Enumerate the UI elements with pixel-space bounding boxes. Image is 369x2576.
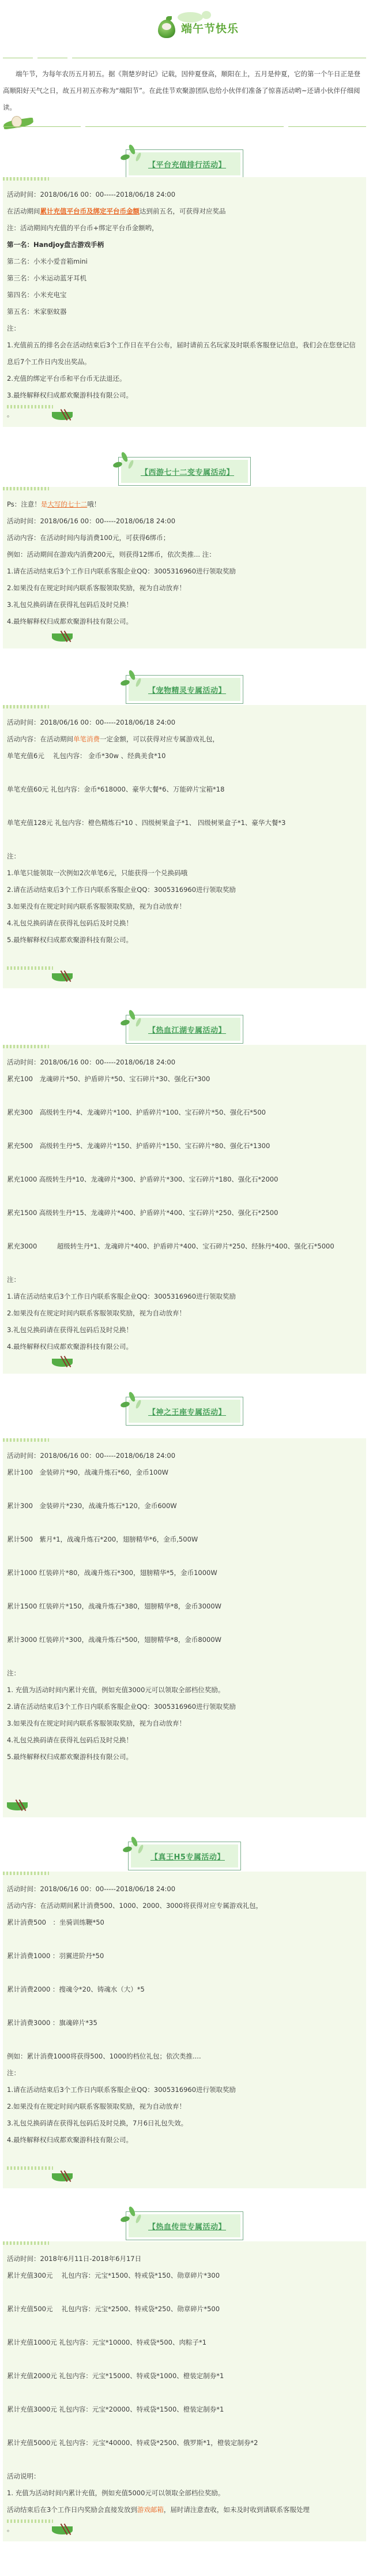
note-item: 1.请在活动结束后3个工作日内联系客服企业QQ：3005316960进行领取奖励 <box>7 563 362 580</box>
game-mailbox-link[interactable]: 游戏邮箱 <box>137 2506 164 2514</box>
tier-item: 累计1500 红装碎片*150，战魂升炼石*380，翅膀精华*8，金币3000W <box>7 1598 362 1615</box>
note-item: 3.最终解释权归成都欢聚游科技有限公司。 <box>7 387 362 404</box>
ps-note: Ps：注意！是大写的七十二哦！ <box>7 496 362 513</box>
squiggle-decoration-icon <box>3 1045 49 1048</box>
notes-label: 注： <box>7 2065 362 2082</box>
tier-item: 累充1500 高级转生丹*15、龙魂碎片*400、护盾碎片*400、宝石碎片*2… <box>7 1205 362 1221</box>
leaves-decoration-icon <box>121 143 144 166</box>
squiggle-decoration-icon <box>3 2241 49 2245</box>
tier-item: 累计充值3000元 礼包内容：元宝*20000、特戒袋*1500、橙装定制券*1 <box>7 2401 362 2418</box>
note-item: 4.最终解释权归成都欢聚游科技有限公司。 <box>7 1338 362 1355</box>
notes-label: 活动说明： <box>7 2468 362 2485</box>
activity-description: 在活动期间累计充值平台币及绑定平台币金额达到前五名，可获得对应奖品 <box>7 203 362 220</box>
activity-example: 例如：累计消费1000将获得500、1000的档位礼包；依次类推.... <box>7 2048 362 2065</box>
tier-item: 单笔充值6元 礼包内容： 金币*30w 、经典美食*10 <box>7 748 362 764</box>
activity-time: 活动时间：2018/06/16 00：00-----2018/06/18 24:… <box>7 1448 362 1464</box>
leaves-decoration-icon <box>121 669 144 692</box>
notes-label: 注： <box>7 1665 362 1682</box>
section-title-link[interactable]: 【西游七十二变专属活动】 <box>141 466 232 477</box>
squiggle-decoration-icon <box>7 966 53 970</box>
header-logo: 端午节快乐 <box>157 15 239 40</box>
tier-item: 单笔充值60元 礼包内容：金币*618000、豪华大餐*6、万能碎片宝箱*18 <box>7 781 362 798</box>
tier-item: 累计1000 红装碎片*80，战魂升炼石*300，翅膀精华*5，金币1000W <box>7 1565 362 1581</box>
leaves-decoration-icon <box>121 2205 144 2228</box>
activity-time: 活动时间：2018/06/16 00：00-----2018/06/18 24:… <box>7 1054 362 1071</box>
section-header-rexue-jianghu: 【热血江湖专属活动】 <box>0 988 369 1045</box>
section-title-link[interactable]: 【真王H5专属活动】 <box>150 1851 222 1862</box>
squiggle-decoration-icon <box>3 177 49 181</box>
highlight-link[interactable]: 累计充值平台币及绑定平台币金额 <box>40 207 140 215</box>
dragon-boat-icon <box>52 2170 73 2183</box>
zongzi-mascot-icon <box>157 15 176 40</box>
dragon-boat-icon <box>52 630 73 643</box>
dragon-boat-icon <box>52 2523 73 2536</box>
page-title: 端午节快乐 <box>181 20 239 36</box>
section-panel-platform-ranking: 活动时间：2018/06/16 00：00-----2018/06/18 24:… <box>3 177 366 427</box>
tier-item: 累充3000 超级转生丹*1、龙魂碎片*400、护盾碎片*400、宝石碎片*25… <box>7 1238 362 1255</box>
squiggle-decoration-icon <box>3 705 49 708</box>
leaves-decoration-icon <box>121 1390 144 1413</box>
activity-content: 活动内容：在活动期间单笔消费一定金额，可以获得对应专属游戏礼包， <box>7 731 362 748</box>
tier-item: 累计充值300元 礼包内容：元宝*1500、特戒袋*150、勋章碎片*300 <box>7 2267 362 2284</box>
activity-time: 活动时间：2018/06/16 00：00-----2018/06/18 24:… <box>7 714 362 731</box>
section-panel-pet: 活动时间：2018/06/16 00：00-----2018/06/18 24:… <box>3 705 366 988</box>
activity-content: 活动内容：在活动时间内每消费100元，可获得6绑币； <box>7 530 362 546</box>
section-title-link[interactable]: 【宠物精灵专属活动】 <box>148 684 224 695</box>
note-item: 2.充值的绑定平台币和平台币无法退还。 <box>7 370 362 387</box>
tier-item: 累计充值5000元 礼包内容：元宝*40000、特戒袋*2500、俄罗斯*1，橙… <box>7 2435 362 2451</box>
note-item: 活动结束后在3个工作日内奖励会直接发放到游戏邮箱，届时请注意查收，如未及时收到请… <box>7 2502 362 2518</box>
page: 端午节快乐 端午节，为每年农历五月初五。据《荆楚岁时记》记载，因仲夏登高，顺阳在… <box>0 0 369 2576</box>
dragon-boat-icon <box>52 970 73 983</box>
note-item: 4.最终解释权归成都欢聚游科技有限公司。 <box>7 613 362 630</box>
note-item: 2.如果没有在规定时间内联系客服领取奖励，视为自动放弃！ <box>7 2098 362 2115</box>
section-header-shen-zhi-wangzuo: 【神之王座专属活动】 <box>0 1374 369 1438</box>
section-panel-rexue-jianghu: 活动时间：2018/06/16 00：00-----2018/06/18 24:… <box>3 1045 366 1374</box>
section-header-pet: 【宠物精灵专属活动】 <box>0 648 369 705</box>
note-item: 3.礼包兑换码请在获得礼包码后及时兑换！ <box>7 1322 362 1338</box>
notes-label: 注： <box>7 848 362 865</box>
tier-item: 累计300 金装碎片*230，战魂升炼石*120，金币600W <box>7 1498 362 1514</box>
tier-item: 累充1000 高级转生丹*10、龙魂碎片*300、护盾碎片*300、宝石碎片*1… <box>7 1171 362 1188</box>
note-item: 5.最终解释权归成都欢聚游科技有限公司。 <box>7 1749 362 1765</box>
notes-label: 注： <box>7 320 362 337</box>
tier-item: 单笔充值128元 礼包内容：橙色精炼石*10 、四级树果盒子*1、 四级树果盒子… <box>7 815 362 831</box>
dragon-boat-icon <box>52 408 73 421</box>
section-title-link[interactable]: 【热血江湖专属活动】 <box>148 1024 224 1035</box>
squiggle-decoration-icon <box>3 1872 49 1875</box>
note-item: 1. 充值为活动时间内累计充值，例如充值3000元可以领取全部档位奖励。 <box>7 1682 362 1698</box>
tier-item: 累充100 龙魂碎片*50、护盾碎片*50、宝石碎片*30、强化石*300 <box>7 1071 362 1088</box>
squiggle-decoration-icon <box>3 1438 49 1442</box>
note-item: 4.礼包兑换码请在获得礼包码后及时兑换！ <box>7 1732 362 1749</box>
divider <box>0 126 369 128</box>
tier-item: 累计消费2000 ：搜魂令*20、铸魂水（大）*5 <box>7 1981 362 1998</box>
section-header-rexue-chuanshi: 【热血传世专属活动】 <box>0 2188 369 2241</box>
prize-item: 第二名：小米小爱音箱mini <box>7 253 362 270</box>
note-item: 1.请在活动结束后3个工作日内联系客服企业QQ：3005316960进行领取奖励 <box>7 1288 362 1305</box>
leaves-decoration-icon <box>113 451 136 474</box>
intro-paragraph: 端午节，为每年农历五月初五。据《荆楚岁时记》记载，因仲夏登高，顺阳在上，五月是仲… <box>0 59 369 116</box>
tier-item: 累计3000 红装碎片*300，战魂升炼石*500，翅膀精华*8，金币8000W <box>7 1632 362 1648</box>
tier-item: 累计充值2000元 礼包内容：元宝*15000、特戒袋*1000、橙装定制券*1 <box>7 2368 362 2384</box>
squiggle-decoration-icon <box>7 405 53 408</box>
note-item: 2.请在活动结束后3个工作日内联系客服企业QQ：3005316960进行领取奖励 <box>7 882 362 898</box>
activity-content: 活动内容：在活动期间累计消费500、1000、2000、3000将获得对应专属游… <box>7 1898 362 1914</box>
tier-item: 累计100 金装碎片*90，战魂升炼石*60，金币100W <box>7 1464 362 1481</box>
dragon-boat-icon <box>52 1355 73 1368</box>
section-title-link[interactable]: 【神之王座专属活动】 <box>148 1406 224 1417</box>
zongzi-leaf-mascot-icon <box>3 116 33 132</box>
note-item: 1. 充值为活动时间内累计充值，例如充值5000元可以领取全部档位奖励。 <box>7 2485 362 2502</box>
note-item: 3.如果没有在规定时间内联系客服领取奖励，视为自动放弃！ <box>7 898 362 915</box>
note-item: 1.请在活动结束后3个工作日内联系客服企业QQ：3005316960进行领取奖励 <box>7 2082 362 2098</box>
note-item: 5.最终解释权归成都欢聚游科技有限公司。 <box>7 932 362 948</box>
highlight-link[interactable]: 大写的七十二 <box>47 500 87 508</box>
squiggle-decoration-icon <box>7 2166 53 2170</box>
header-banner: 端午节快乐 <box>0 0 369 58</box>
notes-label: 注： <box>7 1272 362 1288</box>
activity-time: 活动时间：2018/06/16 00：00-----2018/06/18 24:… <box>7 186 362 203</box>
dragon-boat-icon <box>7 1799 28 1812</box>
note-item: 3.如果没有在规定时间内联系客服领取奖励，视为自动放弃！ <box>7 1715 362 1732</box>
note-item: 4.礼包兑换码请在获得礼包码后及时兑换！ <box>7 915 362 932</box>
note-item: 2.如果没有在规定时间内联系客服领取奖励，视为自动放弃！ <box>7 580 362 597</box>
tier-item: 累充300 高级转生丹*4、龙魂碎片*100、护盾碎片*100、宝石碎片*50、… <box>7 1104 362 1121</box>
activity-time: 活动时间：2018年6月11日-2018年6月17日 <box>7 2251 362 2267</box>
note-text: 注：活动期间内充值的平台币+绑定平台币金额哟， <box>7 220 362 237</box>
note-item: 1.单笔只能领取一次例如2次单笔6元，只能获得一个兑换码哦 <box>7 865 362 882</box>
note-item: 1.充值前五的排名会在活动结束后3个工作日在平台公布，届时请前五名玩家及时联系客… <box>7 337 362 370</box>
note-item: 2.如果没有在规定时间内联系客服领取奖励，视为自动放弃！ <box>7 1305 362 1322</box>
note-item: 3.礼包兑换码请在获得礼包码后及时兑换，7月6日礼包失效。 <box>7 2115 362 2132</box>
tier-item: 累充500 高级转生丹*5、龙魂碎片*150、护盾碎片*150、宝石碎片*80、… <box>7 1138 362 1154</box>
tier-item: 累计消费3000 ：旗魂碎片*35 <box>7 2015 362 2031</box>
section-title-link[interactable]: 【热血传世专属活动】 <box>148 2221 224 2232</box>
leaves-decoration-icon <box>123 1835 146 1858</box>
section-header-platform-ranking: 【平台充值排行活动】 <box>0 131 369 177</box>
section-title-link[interactable]: 【平台充值排行活动】 <box>148 159 224 170</box>
leaves-decoration-icon <box>121 1008 144 1032</box>
activity-time: 活动时间：2018/06/16 00：00-----2018/06/18 24:… <box>7 1881 362 1898</box>
section-header-zhenwang-h5: 【真王H5专属活动】 <box>0 1817 369 1872</box>
section-panel-zhenwang-h5: 活动时间：2018/06/16 00：00-----2018/06/18 24:… <box>3 1872 366 2188</box>
bubble-decoration-icon <box>202 11 211 19</box>
prize-item: 第一名：Handjoy盘古游戏手柄 <box>7 237 362 253</box>
squiggle-decoration-icon <box>7 2519 53 2523</box>
prize-item: 第四名：小米充电宝 <box>7 287 362 303</box>
squiggle-decoration-icon <box>3 487 49 490</box>
note-item: 2.请在活动结束后3个工作日内联系客服企业QQ：3005316960进行领取奖励 <box>7 1698 362 1715</box>
section-panel-xiyou: Ps：注意！是大写的七十二哦！ 活动时间：2018/06/16 00：00---… <box>3 487 366 648</box>
tier-item: 累计充值500元 礼包内容：元宝*2500、特戒袋*250、勋章碎片*500 <box>7 2301 362 2318</box>
activity-time: 活动时间：2018/06/16 00：00-----2018/06/18 24:… <box>7 513 362 530</box>
tier-item: 累计500 紫月*1，战魂升炼石*200，翅膀精华*6，金币,500W <box>7 1531 362 1548</box>
section-panel-shen-zhi-wangzuo: 活动时间：2018/06/16 00：00-----2018/06/18 24:… <box>3 1438 366 1817</box>
tier-item: 累计充值1000元 礼包内容：元宝*10000、特戒袋*500、肉粽子*1 <box>7 2334 362 2351</box>
prize-item: 第三名：小米运动蓝牙耳机 <box>7 270 362 287</box>
note-item: 4.最终解释权归成都欢聚游科技有限公司。 <box>7 2132 362 2148</box>
prize-item: 第五名：米家驱蚊器 <box>7 303 362 320</box>
tier-item: 累计消费1000 ：羽翼进阶丹*50 <box>7 1948 362 1964</box>
section-panel-rexue-chuanshi: 活动时间：2018年6月11日-2018年6月17日 累计充值300元 礼包内容… <box>3 2241 366 2541</box>
note-item: 3.礼包兑换码请在获得礼包码后及时兑换！ <box>7 597 362 613</box>
tier-item: 累计消费500 ：坐骑训练鞭*50 <box>7 1914 362 1931</box>
activity-example: 例如：活动期间在游戏内消费200元，则获得12绑币，依次类推... 注： <box>7 546 362 563</box>
section-header-xiyou: 【西游七十二变专属活动】 <box>0 427 369 487</box>
